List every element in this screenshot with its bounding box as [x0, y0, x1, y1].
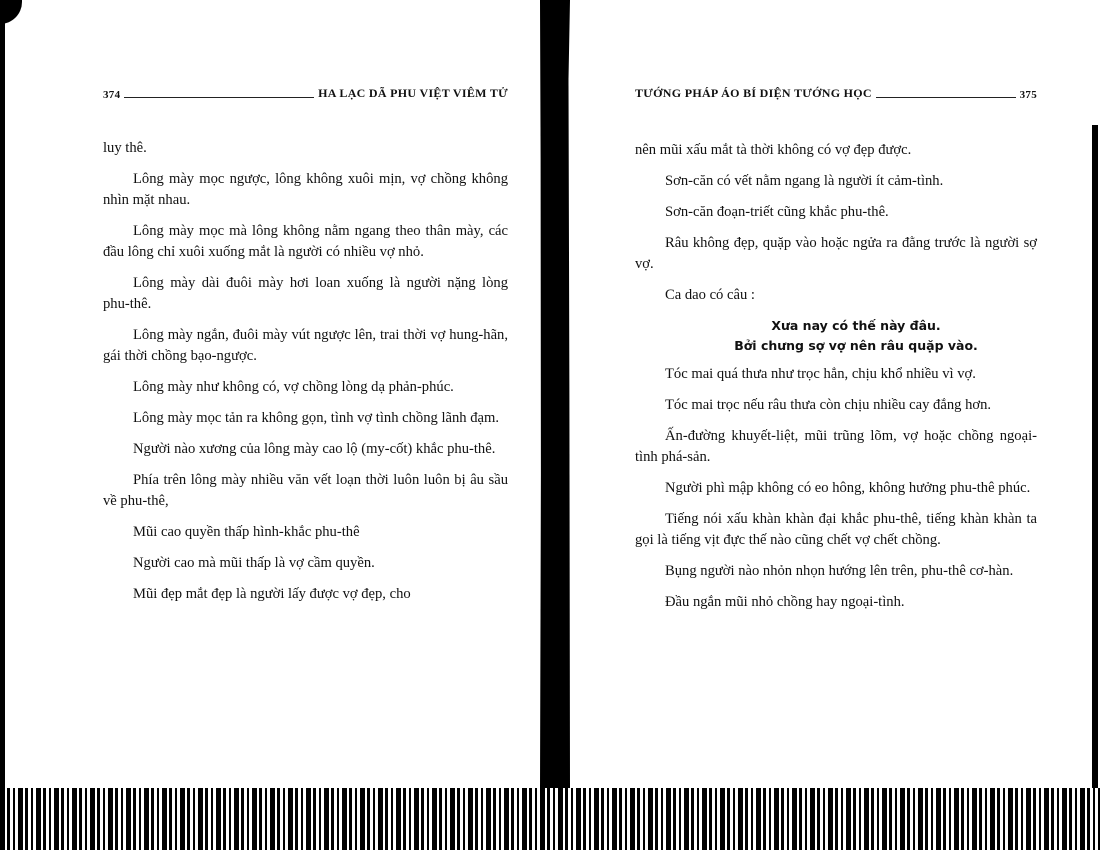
running-head-title: TƯỚNG PHÁP ÁO BÍ DIỆN TƯỚNG HỌC — [635, 86, 872, 101]
paragraph: Lông mày mọc mà lông không nằm ngang the… — [103, 221, 508, 263]
verse-line: Bởi chưng sợ vợ nên râu quặp vào. — [675, 336, 1037, 356]
left-running-head: 374 HA LẠC DÃ PHU VIỆT VIÊM TỬ — [103, 86, 508, 101]
header-rule — [124, 97, 314, 98]
paragraph-group: Tóc mai quá thưa như trọc hẳn, chịu khổ … — [635, 364, 1037, 613]
paragraph: Sơn-căn đoạn-triết cũng khắc phu-thê. — [635, 202, 1037, 223]
paragraph: Tóc mai quá thưa như trọc hẳn, chịu khổ … — [635, 364, 1037, 385]
paragraph: Lông mày mọc tản ra không gọn, tình vợ t… — [103, 408, 508, 429]
scan-left-edge — [0, 20, 5, 790]
verse-line: Xưa nay có thế này đâu. — [675, 316, 1037, 336]
paragraph: Phía trên lông mày nhiều văn vết loạn th… — [103, 470, 508, 512]
paragraph: nên mũi xấu mắt tà thời không có vợ đẹp … — [635, 140, 1037, 161]
paragraph: Lông mày ngắn, đuôi mày vút ngược lên, t… — [103, 325, 508, 367]
paragraph: luy thê. — [103, 138, 508, 159]
page-number: 375 — [1020, 89, 1037, 101]
paragraph: Ấn-đường khuyết-liệt, mũi trũng lõm, vợ … — [635, 426, 1037, 468]
right-running-head: TƯỚNG PHÁP ÁO BÍ DIỆN TƯỚNG HỌC 375 — [635, 86, 1037, 101]
left-page-body: luy thê.Lông mày mọc ngược, lông không x… — [103, 138, 508, 615]
paragraph: Mũi cao quyền thấp hình-khắc phu-thê — [103, 522, 508, 543]
paragraph: Sơn-căn có vết nằm ngang là người ít cảm… — [635, 171, 1037, 192]
header-rule — [876, 97, 1016, 98]
paragraph: Ca dao có câu : — [635, 285, 1037, 306]
paragraph: Lông mày dài đuôi mày hơi loan xuống là … — [103, 273, 508, 315]
paragraph: Mũi đẹp mắt đẹp là người lấy được vợ đẹp… — [103, 584, 508, 605]
paragraph: Tóc mai trọc nếu râu thưa còn chịu nhiều… — [635, 395, 1037, 416]
paragraph: Người nào xương của lông mày cao lộ (my-… — [103, 439, 508, 460]
paragraph: Tiếng nói xấu khàn khàn đại khắc phu-thê… — [635, 509, 1037, 551]
paragraph: Người phì mập không có eo hông, không hư… — [635, 478, 1037, 499]
paragraph-group: nên mũi xấu mắt tà thời không có vợ đẹp … — [635, 140, 1037, 306]
paragraph: Râu không đẹp, quặp vào hoặc ngửa ra đằn… — [635, 233, 1037, 275]
right-page-body: nên mũi xấu mắt tà thời không có vợ đẹp … — [635, 140, 1037, 623]
book-gutter-shadow — [540, 0, 570, 790]
folk-verse: Xưa nay có thế này đâu.Bởi chưng sợ vợ n… — [635, 316, 1037, 356]
paragraph: Người cao mà mũi thấp là vợ cầm quyền. — [103, 553, 508, 574]
page-number: 374 — [103, 89, 120, 101]
paragraph: Bụng người nào nhỏn nhọn hướng lên trên,… — [635, 561, 1037, 582]
paragraph: Đầu ngắn mũi nhỏ chồng hay ngoại-tình. — [635, 592, 1037, 613]
scan-right-edge — [1092, 125, 1098, 790]
paragraph: Lông mày mọc ngược, lông không xuôi mịn,… — [103, 169, 508, 211]
paragraph: Lông mày như không có, vợ chồng lòng dạ … — [103, 377, 508, 398]
scan-bottom-stripes — [0, 788, 1100, 850]
running-head-title: HA LẠC DÃ PHU VIỆT VIÊM TỬ — [318, 86, 508, 101]
